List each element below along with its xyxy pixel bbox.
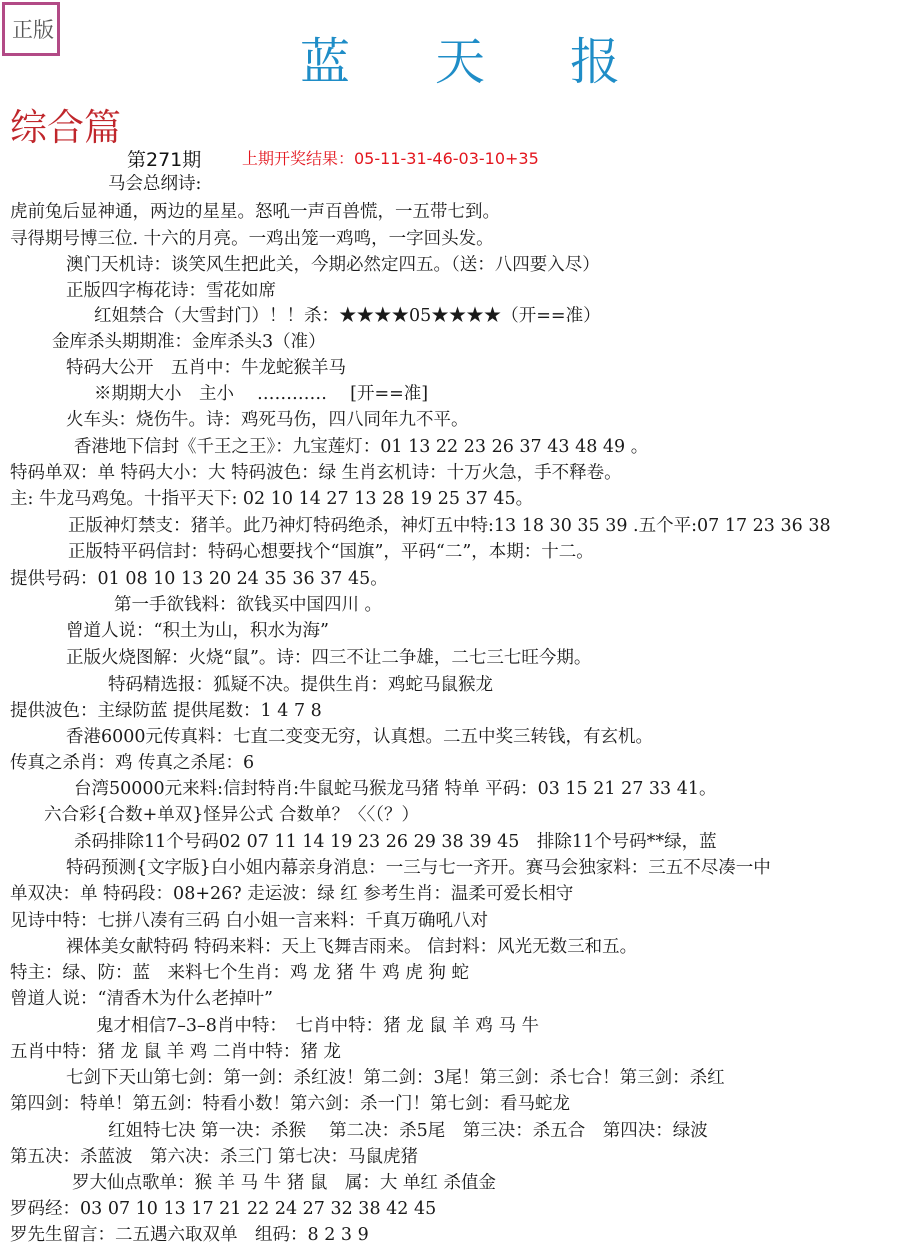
text-line: 传真之杀肖：鸡 传真之杀尾：6 [10,752,254,774]
text-line: 红姐特七决 第一决：杀猴 第二决：杀5尾 第三决：杀五合 第四决：绿波 [108,1120,708,1142]
text-line: 罗码经：03 07 10 13 17 21 22 24 27 32 38 42 … [10,1198,436,1220]
text-line: 马会总纲诗: [108,173,201,195]
text-line: 正版特平码信封：特码心想要找个“国旗”，平码“二”，本期：十二。 [68,541,594,563]
text-line: 提供号码：01 08 10 13 20 24 35 36 37 45。 [10,568,388,590]
text-line: 鬼才相信7–3–8肖中特： 七肖中特：猪 龙 鼠 羊 鸡 马 牛 [96,1015,539,1037]
text-line: 虎前兔后显神通，两边的星星。怒吼一声百兽慌，一五带七到。 [10,201,500,223]
text-line: 七剑下天山第七剑：第一剑：杀红波！第二剑：3尾！第三剑：杀七合！第三剑：杀红 [66,1067,725,1089]
text-line: 六合彩{合数+单双}怪异公式 合数单？〈〈（？） [44,804,419,826]
masthead-char-1: 蓝 [300,22,350,94]
text-line: 特主：绿、防：蓝 来料七个生肖：鸡 龙 猪 牛 鸡 虎 狗 蛇 [10,962,469,984]
text-line: 特码精选报：狐疑不决。提供生肖：鸡蛇马鼠猴龙 [108,674,493,696]
text-line: 红姐禁合（大雪封门）！！杀：★★★★05★★★★（开==准） [94,305,601,327]
text-line: 寻得期号博三位. 十六的月亮。一鸡出笼一鸡鸣，一字回头发。 [10,228,494,250]
text-line: 火车头：烧伤牛。诗：鸡死马伤，四八同年九不平。 [66,409,469,431]
genuine-edition-badge: 正 版 [2,2,60,56]
text-line: 曾道人说：“清香木为什么老掉叶” [10,988,273,1010]
last-draw-result: 上期开奖结果：05-11-31-46-03-10+35 [242,146,539,169]
text-line: ※期期大小 主小 ………… [开==准] [94,383,428,405]
text-line: 香港6000元传真料：七直二变变无穷，认真想。二五中奖三转钱，有玄机。 [66,726,653,748]
text-line: 香港地下信封《千王之王》：九宝莲灯：01 13 22 23 26 37 43 4… [74,436,648,458]
text-line: 罗大仙点歌单：猴 羊 马 牛 猪 鼠 属：大 单红 杀值金 [72,1172,496,1194]
text-line: 罗先生留言：二五遇六取双单 组码：8 2 3 9 [10,1224,369,1245]
text-line: 第五决：杀蓝波 第六决：杀三门 第七决：马鼠虎猪 [10,1146,418,1168]
text-line: 第四剑：特单！第五剑：特看小数！第六剑：杀一门！第七剑：看马蛇龙 [10,1093,570,1115]
text-line: 提供波色：主绿防蓝 提供尾数：1 4 7 8 [10,700,322,722]
text-line: 单双决：单 特码段：08+26? 走运波：绿 红 参考生肖：温柔可爱长相守 [10,883,573,905]
text-line: 第一手欲钱料：欲钱买中国四川 。 [114,594,382,616]
masthead-char-2: 天 [435,22,485,94]
text-line: 正版神灯禁支：猪羊。此乃神灯特码绝杀，神灯五中特:13 18 30 35 39 … [68,515,831,537]
text-line: 杀码排除11个号码02 07 11 14 19 23 26 29 38 39 4… [74,831,717,853]
text-line: 台湾50000元来料:信封特肖:牛鼠蛇马猴龙马猪 特单 平码：03 15 21 … [74,778,717,800]
text-line: 曾道人说：“积土为山，积水为海” [66,620,329,642]
issue-number: 第271期 [127,145,201,172]
text-line: 特码单双：单 特码大小：大 特码波色：绿 生肖玄机诗：十万火急，手不释卷。 [10,462,622,484]
text-line: 金库杀头期期准：金库杀头3（准） [52,331,326,353]
section-title: 综合篇 [10,97,121,151]
masthead-title: 蓝 天 报 [300,22,620,94]
text-line: 五肖中特：猪 龙 鼠 羊 鸡 二肖中特：猪 龙 [10,1041,341,1063]
text-line: 澳门天机诗：谈笑风生把此关，今期必然定四五。（送：八四要入尽） [66,254,600,276]
badge-char-1: 正 [12,14,33,44]
text-line: 特码预测{文字版}白小姐内幕亲身消息：一三与七一齐开。赛马会独家料：三五不尽凑一… [66,857,771,879]
masthead-char-3: 报 [570,22,620,94]
text-line: 见诗中特：七拼八凑有三码 白小姐一言来料：千真万确吼八对 [10,910,488,932]
text-line: 特码大公开 五肖中：牛龙蛇猴羊马 [66,357,346,379]
text-line: 正版火烧图解：火烧“鼠”。诗：四三不让二争雄，二七三七旺今期。 [66,647,591,669]
text-line: 主: 牛龙马鸡兔。十指平天下: 02 10 14 27 13 28 19 25 … [10,488,533,510]
text-line: 裸体美女献特码 特码来料：天上飞舞吉雨来。 信封料：风光无数三和五。 [66,936,637,958]
badge-char-2: 版 [33,14,54,44]
text-line: 正版四字梅花诗：雪花如席 [66,280,276,302]
